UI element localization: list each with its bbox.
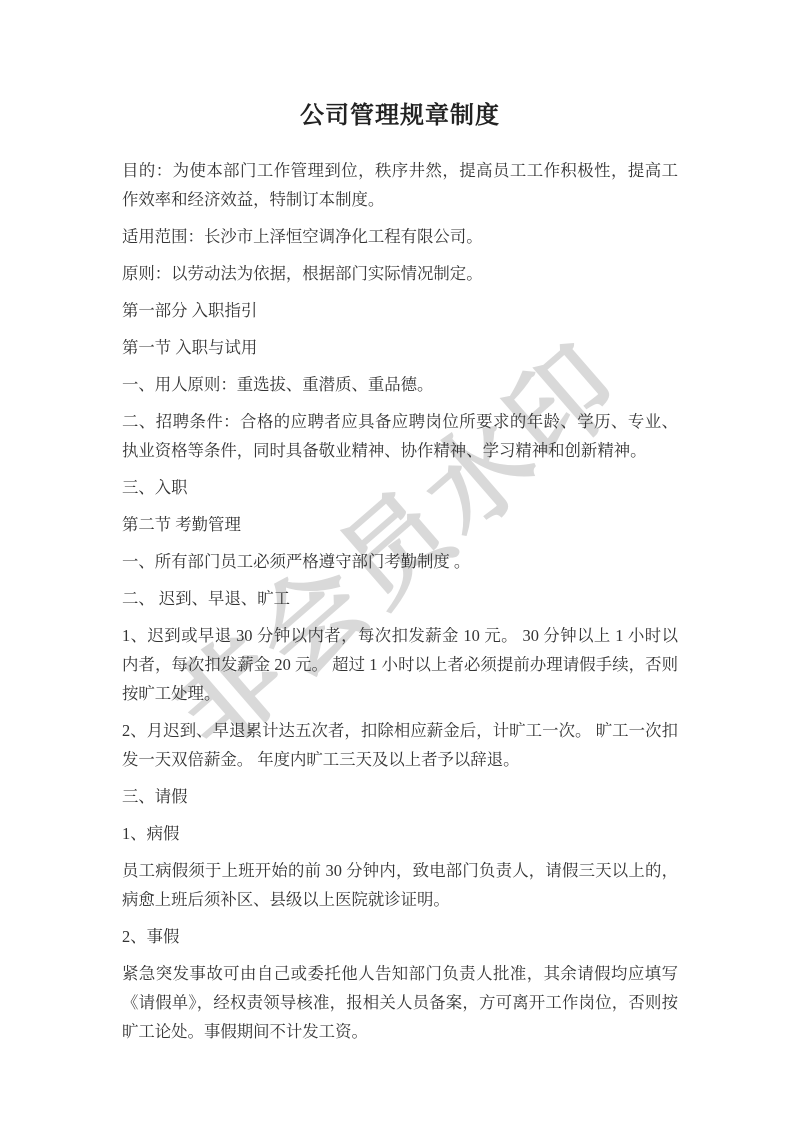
paragraph-attendance-rule: 一、所有部门员工必须严格遵守部门考勤制度 。 xyxy=(122,547,678,576)
heading-late-early-absence: 二、 迟到、早退、旷工 xyxy=(122,584,678,613)
document-content: 公司管理规章制度 目的：为使本部门工作管理到位，秩序井然，提高员工工作积极性，提… xyxy=(122,100,678,1054)
paragraph-onboarding: 三、入职 xyxy=(122,473,678,502)
paragraph-purpose: 目的：为使本部门工作管理到位，秩序井然，提高员工工作积极性，提高工作效率和经济效… xyxy=(122,156,678,214)
document-page: 非会员水印 公司管理规章制度 目的：为使本部门工作管理到位，秩序井然，提高员工工… xyxy=(0,0,800,1131)
paragraph-sick-leave-detail: 员工病假须于上班开始的前 30 分钟内，致电部门负责人，请假三天以上的，病愈上班… xyxy=(122,856,678,914)
paragraph-principle: 原则：以劳动法为依据，根据部门实际情况制定。 xyxy=(122,259,678,288)
heading-personal-leave: 2、事假 xyxy=(122,922,678,951)
heading-part-1-onboarding-guide: 第一部分 入职指引 xyxy=(122,296,678,325)
paragraph-monthly-late-penalty: 2、月迟到、早退累计达五次者，扣除相应薪金后，计旷工一次。 旷工一次扣发一天双倍… xyxy=(122,716,678,774)
paragraph-scope: 适用范围：长沙市上泽恒空调净化工程有限公司。 xyxy=(122,222,678,251)
paragraph-recruit-conditions: 二、招聘条件：合格的应聘者应具备应聘岗位所要求的年龄、学历、专业、执业资格等条件… xyxy=(122,407,678,465)
heading-section-1-onboarding-trial: 第一节 入职与试用 xyxy=(122,333,678,362)
heading-sick-leave: 1、病假 xyxy=(122,819,678,848)
document-title: 公司管理规章制度 xyxy=(122,100,678,132)
paragraph-personal-leave-detail: 紧急突发事故可由自己或委托他人告知部门负责人批准，其余请假均应填写《请假单》，经… xyxy=(122,959,678,1046)
heading-leave: 三、请假 xyxy=(122,782,678,811)
heading-section-2-attendance: 第二节 考勤管理 xyxy=(122,510,678,539)
paragraph-late-penalty: 1、迟到或早退 30 分钟以内者，每次扣发薪金 10 元。 30 分钟以上 1 … xyxy=(122,621,678,708)
paragraph-hiring-principle: 一、用人原则：重选拔、重潜质、重品德。 xyxy=(122,370,678,399)
